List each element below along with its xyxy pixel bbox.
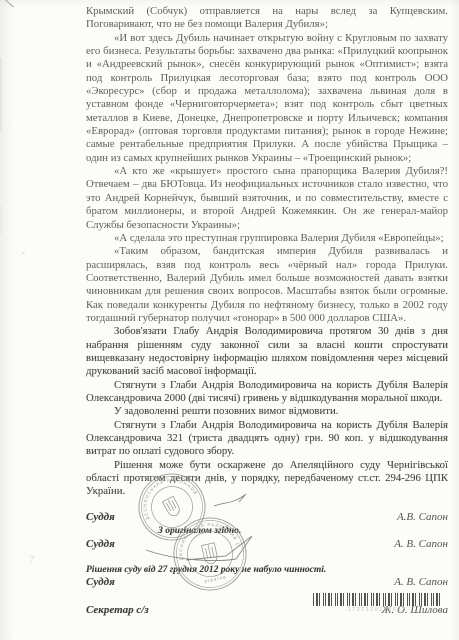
signature-role-label: Суддя	[86, 511, 115, 524]
scan-artifact	[22, 252, 25, 254]
paragraph: У задоволенні решти позовних вимог відмо…	[86, 405, 448, 418]
paragraph: «И вот здесь Дубиль начинает открытую во…	[86, 32, 448, 165]
signature-name: А. В. Сапон	[394, 576, 448, 589]
paragraph: Стягнути з Глаби Андрія Володимировича н…	[86, 379, 448, 406]
barcode-digits: 1727120246632	[313, 607, 441, 613]
scan-artifact	[5, 0, 14, 8]
paragraph: Стягнути з Глаби Андрія Володимировича н…	[86, 419, 448, 459]
document-body: Крымский (Собчук) отправляется на нары в…	[86, 5, 448, 499]
paragraph: Крымский (Собчук) отправляется на нары в…	[86, 5, 448, 32]
scan-artifact	[0, 58, 2, 132]
barcode-block: 1727120246632	[313, 593, 441, 615]
document-page: Крымский (Собчук) отправляется на нары в…	[86, 5, 448, 617]
signature-name: А.В. Сапон	[397, 511, 448, 524]
signature-role-label: Секретар с/з	[86, 604, 149, 617]
signature-name: А. В. Сапон	[394, 538, 448, 551]
signature-row: СуддяА.В. Сапон	[86, 511, 448, 524]
signature-row: СуддяА. В. Сапон	[86, 576, 448, 589]
certification-note: Рішення суду від 27 грудня 2012 року не …	[86, 565, 448, 576]
signature-role-label: Суддя	[86, 576, 115, 589]
scan-artifact: 7	[29, 555, 34, 566]
paragraph: «А сделала это преступная группировка Ва…	[86, 232, 448, 245]
paragraph: Рішення може бути оскаржене до Апеляційн…	[86, 459, 448, 499]
signature-role-label: Суддя	[86, 538, 115, 551]
scan-artifact	[0, 205, 2, 235]
certification-note: З оригіналом згідно.	[158, 526, 448, 537]
paragraph: «Таким образом, бандитская империя Дубил…	[86, 245, 448, 325]
barcode	[313, 593, 441, 606]
paragraph: «А кто же «крышует» простого сына прапор…	[86, 165, 448, 232]
paragraph: Зобов'язати Глабу Андрія Володимировича …	[86, 325, 448, 378]
signature-row: СуддяА. В. Сапон	[86, 538, 448, 551]
